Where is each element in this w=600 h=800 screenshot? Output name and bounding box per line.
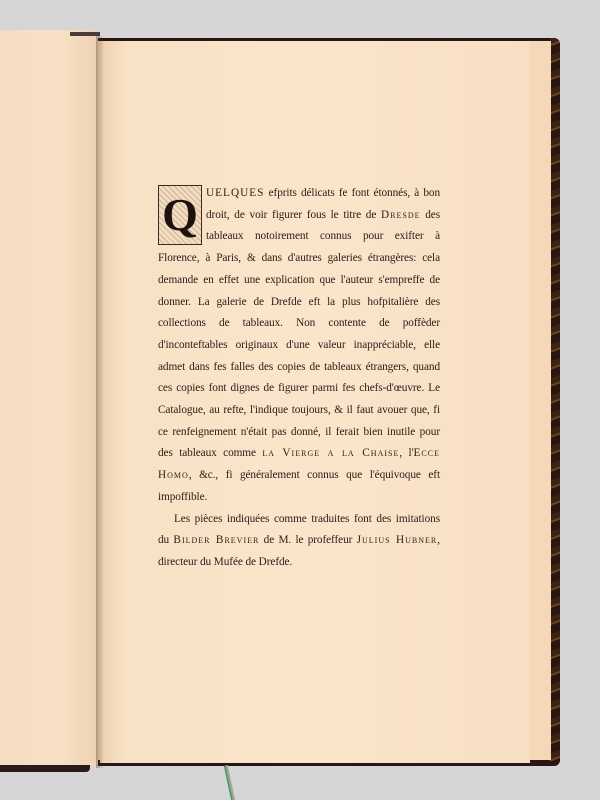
text-segment: , &c., fi généralement connus que l'équi… [158,469,440,503]
text-segment: de M. le profeffeur [259,534,356,546]
marbled-cover-edge [550,38,560,766]
bookmark-ribbon[interactable] [224,765,236,800]
book-title: Bilder Brevier [173,534,259,546]
title-dresde: Dresde [381,209,421,221]
left-page [0,30,98,767]
preface-text: QUELQUES efprits délicats fe font étonné… [158,183,440,574]
text-segment: , l' [399,447,413,459]
paragraph-1: QUELQUES efprits délicats fe font étonné… [158,183,440,509]
left-cover-bottom-edge [0,765,90,772]
artwork-title: la Vierge a la Chaise [262,447,399,459]
paragraph-2: Les pièces indiquées comme traduites fon… [158,509,440,574]
ornamental-dropcap-icon: Q [158,185,202,245]
person-name: Julius Hubner [357,534,438,546]
lead-word: UELQUES [206,187,264,199]
gutter-shadow [96,36,104,768]
text-segment: des tableaux notoirement connus pour exi… [158,209,440,460]
